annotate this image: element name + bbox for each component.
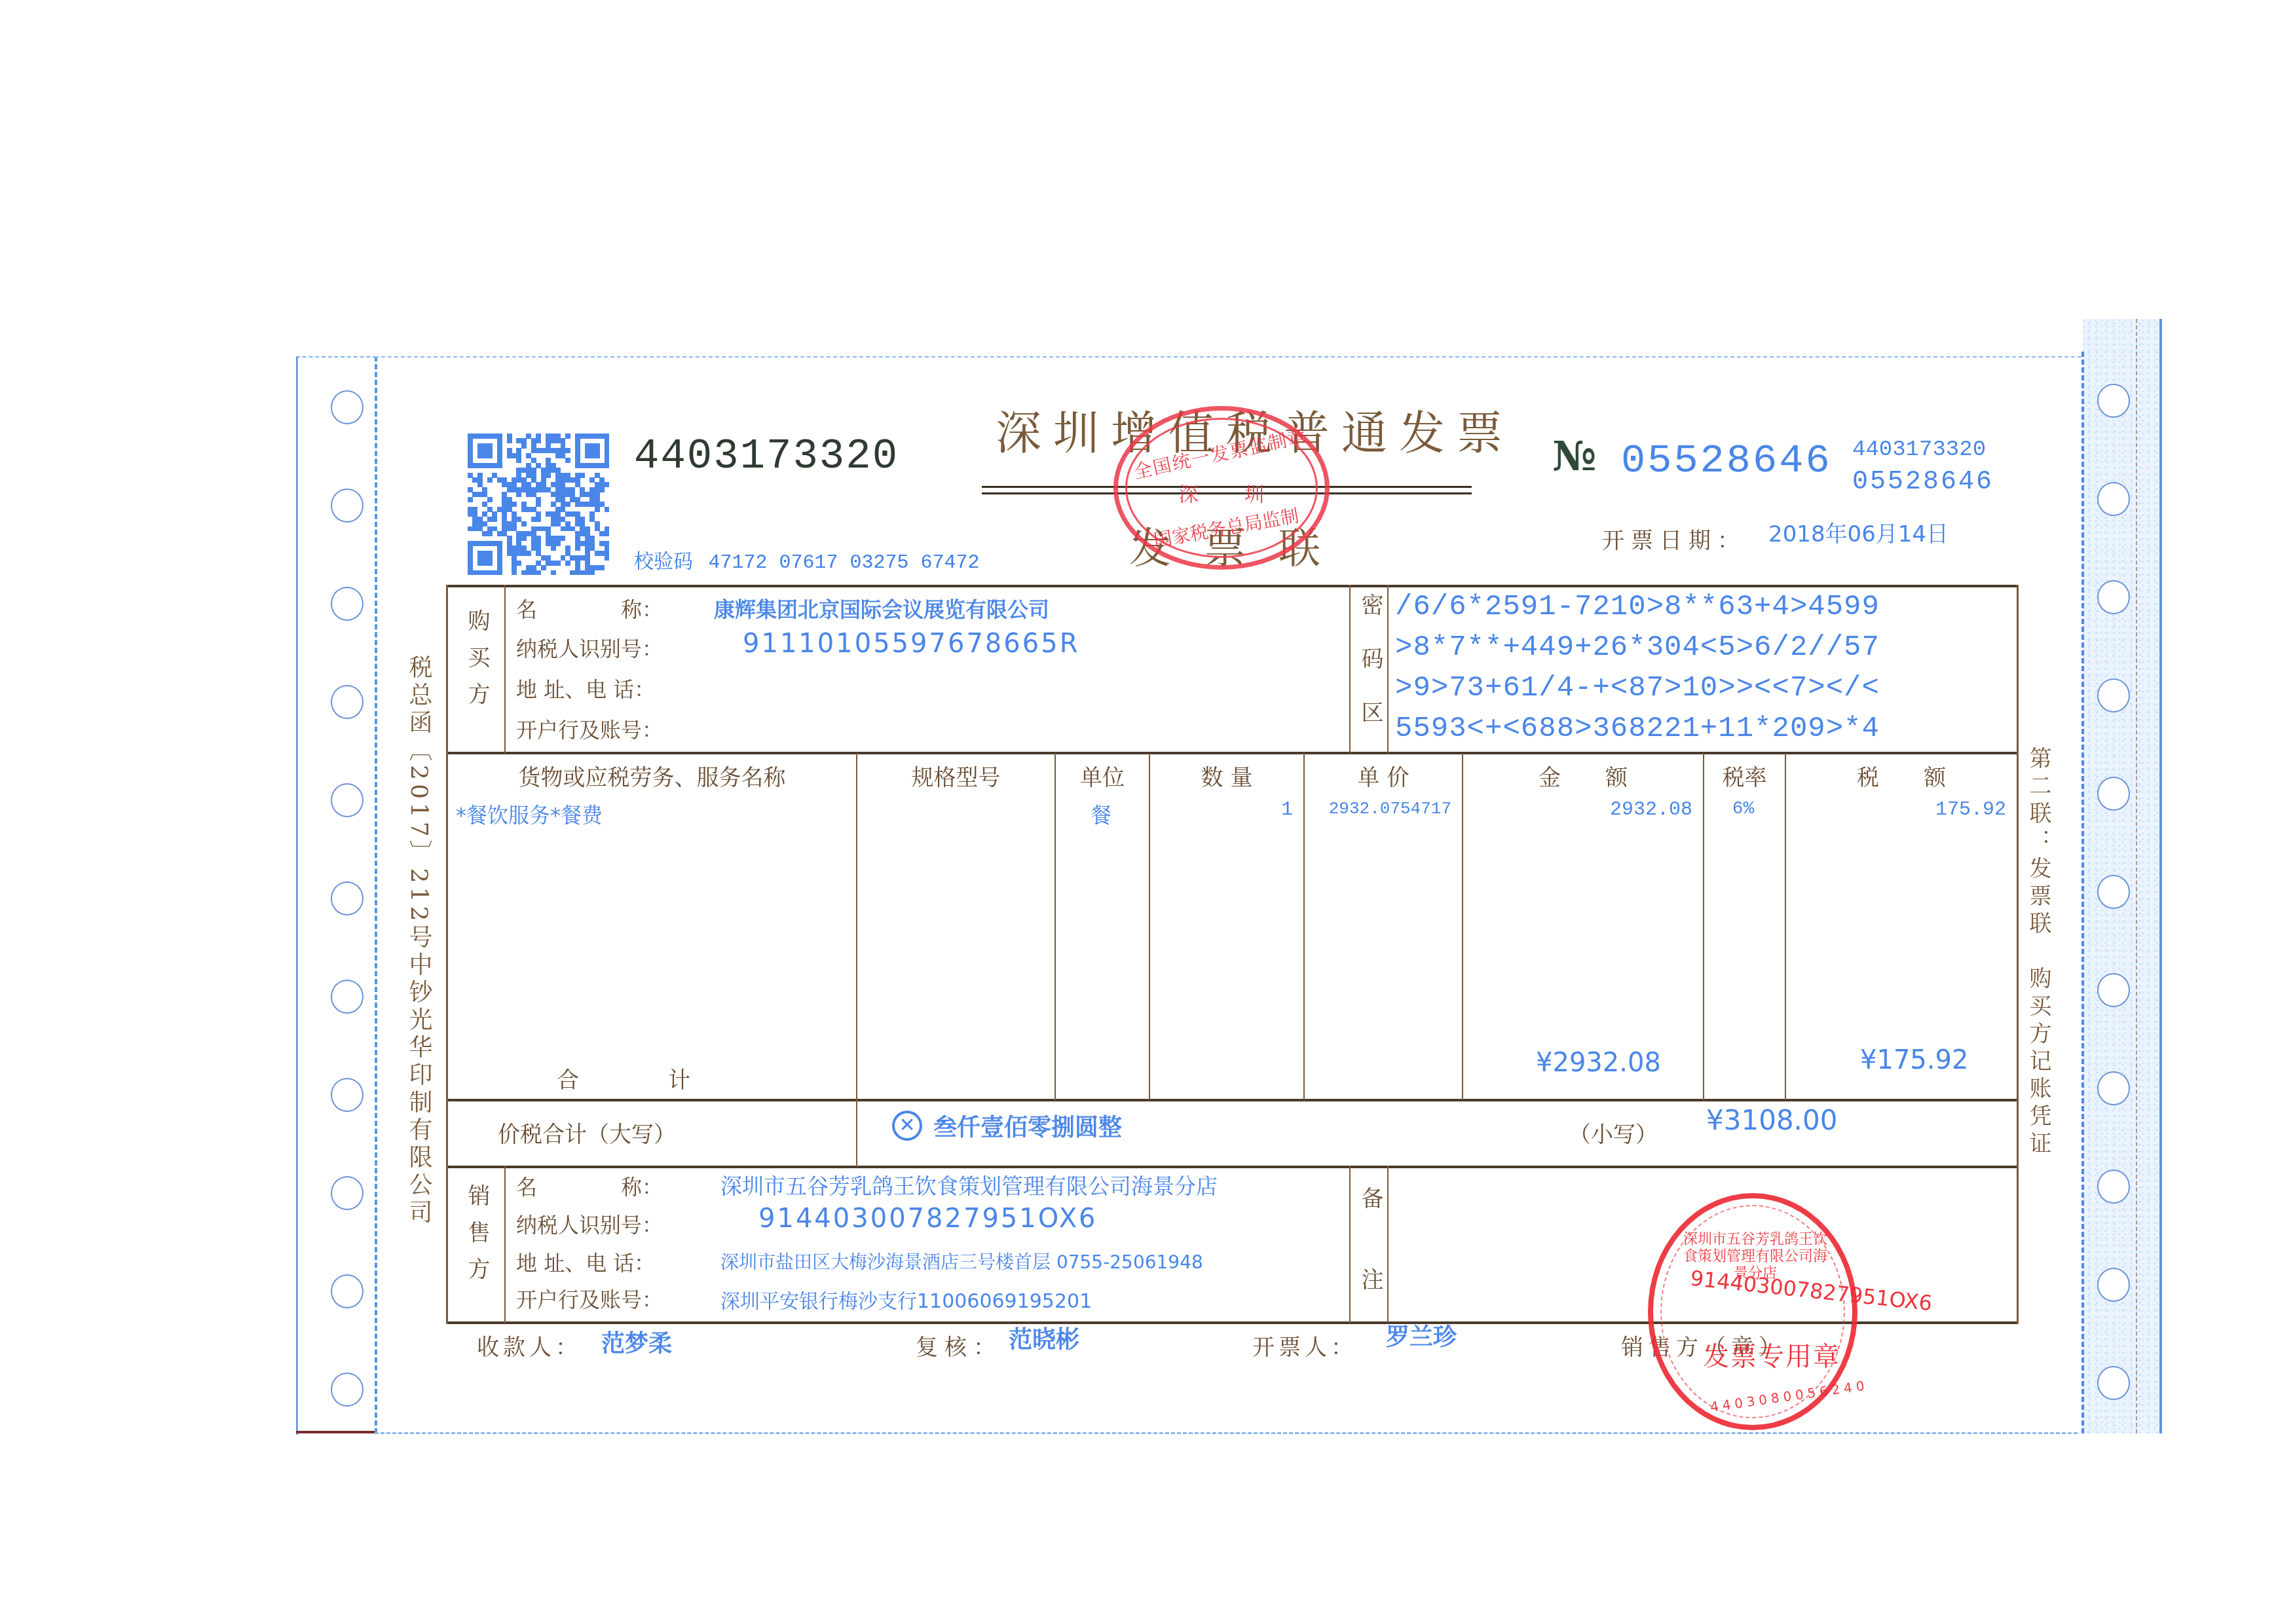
cipher-line: >9>73+61/4-+<87>10>><<7></< [1395,668,1880,709]
seller-bank-label: 开户行及账号： [516,1283,663,1314]
grand-total-words: 叁仟壹佰零捌圆整 [933,1109,1122,1143]
buyer-tax-id: 91110105597678665R [743,629,1079,659]
feed-hole-icon [331,587,364,621]
item-header-2: 单位 [1056,760,1149,792]
buyer-tax-id-label: 纳税人识别号： [516,633,663,663]
feed-hole-icon [2097,1268,2130,1302]
cipher-text: /6/6*2591-7210>8**63+4>4599>8*7**+449+26… [1395,587,1880,749]
item-cell-unit-price: 2932.0754717 [1313,799,1451,819]
buyer-section-label: 购买方 [461,609,493,719]
invoice-number: 05528646 [1621,437,1832,484]
item-cell-name: *餐饮服务*餐费 [456,799,846,829]
buyer-name-label: 名 称： [516,593,663,623]
seller-address-label: 地 址、电 话： [516,1247,655,1277]
seller-name: 深圳市五谷芳乳鸽王饮食策划管理有限公司海景分店 [720,1170,1218,1200]
feed-hole-icon [331,980,364,1014]
total-amount: ¥2932.08 [1536,1048,1661,1078]
supervision-stamp-middle-text: 深 圳 [1179,478,1277,507]
seller-name-label: 名 称： [516,1171,663,1201]
reviewer-name: 范晓彬 [1009,1321,1079,1355]
invoice-code: 4403173320 [634,434,899,481]
feed-hole-icon [2097,580,2130,614]
total-tax: ¥175.92 [1860,1045,1968,1075]
item-cell-amount: 2932.08 [1471,799,1692,821]
feed-hole-icon [331,685,364,719]
buyer-address-label: 地 址、电 话： [516,673,655,703]
seller-section-label: 销售方 [461,1184,493,1294]
feed-hole-icon [331,1274,364,1308]
item-cell-tax: 175.92 [1794,799,2006,821]
number-symbol: № [1552,432,1596,480]
feed-hole-icon [2097,1071,2130,1105]
item-cell-quantity: 1 [1158,799,1293,821]
item-header-0: 货物或应税劳务、服务名称 [448,760,856,792]
feed-hole-icon [331,390,364,424]
item-cell-unit: 餐 [1064,799,1138,829]
item-header-5: 金 额 [1463,760,1703,792]
feed-hole-icon [2097,1170,2130,1204]
item-header-6: 税率 [1704,760,1785,792]
cipher-line: /6/6*2591-7210>8**63+4>4599 [1395,587,1880,627]
perforation-top [375,356,2081,358]
cipher-area-label: 密码区 [1354,593,1387,754]
seller-address: 深圳市盐田区大梅沙海景酒店三号楼首层 0755-25061948 [720,1248,1203,1274]
cancel-circle-icon: ✕ [892,1111,922,1141]
item-header-1: 规格型号 [857,760,1054,792]
payee-label: 收款人： [477,1329,582,1361]
feed-hole-icon [2097,777,2130,811]
grand-total-label: 价税合计（大写） [498,1116,676,1149]
copy-purpose: 第二联：发票联 购买方记账凭证 [2023,747,2055,1159]
feed-hole-icon [2097,973,2130,1007]
perforation-right [2081,352,2084,1433]
buyer-name: 康辉集团北京国际会议展览有限公司 [714,593,1049,623]
feed-hole-icon [2097,1366,2130,1400]
seller-tax-id-label: 纳税人识别号： [516,1209,663,1239]
check-code-label: 校验码 [634,550,693,573]
grand-total-small-label: （小写） [1569,1116,1658,1149]
feed-hole-icon [331,1078,364,1112]
reviewer-label: 复核： [916,1329,1002,1361]
printer-info: 税总函〔2017〕212号中钞光华印制有限公司 [402,655,436,1227]
invoice-date: 2018年06月14日 [1768,516,1949,548]
perforation-right-outer [2136,319,2137,1433]
seller-tax-id: 914403007827951OX6 [758,1204,1098,1234]
issuer-name: 罗兰珍 [1386,1319,1457,1352]
feed-hole-icon [331,1176,364,1210]
feed-hole-icon [2097,875,2130,909]
grand-total-figures: ¥3108.00 [1706,1104,1837,1136]
side-invoice-number: 05528646 [1852,468,1994,497]
item-header-3: 数 量 [1150,760,1303,792]
perforation-left [375,356,377,1433]
side-invoice-code: 4403173320 [1852,437,1986,462]
seller-bank: 深圳平安银行梅沙支行11006069195201 [720,1285,1092,1314]
qr-code [468,434,609,574]
feed-hole-icon [331,783,364,817]
item-header-7: 税 额 [1786,760,2017,792]
cipher-line: 5593<+<688>368221+11*209>*4 [1395,709,1880,749]
total-label: 合 计 [557,1062,690,1094]
seller-seal-title: 发票专用章 [1703,1336,1840,1373]
feed-hole-icon [2097,482,2130,516]
payee-name: 范梦柔 [601,1325,672,1359]
buyer-bank-label: 开户行及账号： [516,714,663,744]
check-code-value: 47172 07617 03275 67472 [709,552,980,574]
issuer-label: 开票人： [1252,1329,1357,1361]
remarks-label: 备注 [1354,1187,1387,1349]
item-cell-tax-rate: 6% [1712,799,1774,819]
paper-edge-mark [296,1431,375,1433]
feed-hole-icon [2097,678,2130,712]
feed-hole-icon [2097,384,2130,418]
perforation-bottom [375,1432,2078,1434]
feed-hole-icon [331,489,364,523]
feed-hole-icon [331,1373,364,1407]
cipher-line: >8*7**+449+26*304<5>6/2//57 [1395,627,1880,668]
item-header-4: 单 价 [1305,760,1462,792]
feed-hole-icon [331,881,364,915]
check-code: 校验码 47172 07617 03275 67472 [634,545,980,574]
date-label: 开票日期： [1602,523,1746,555]
